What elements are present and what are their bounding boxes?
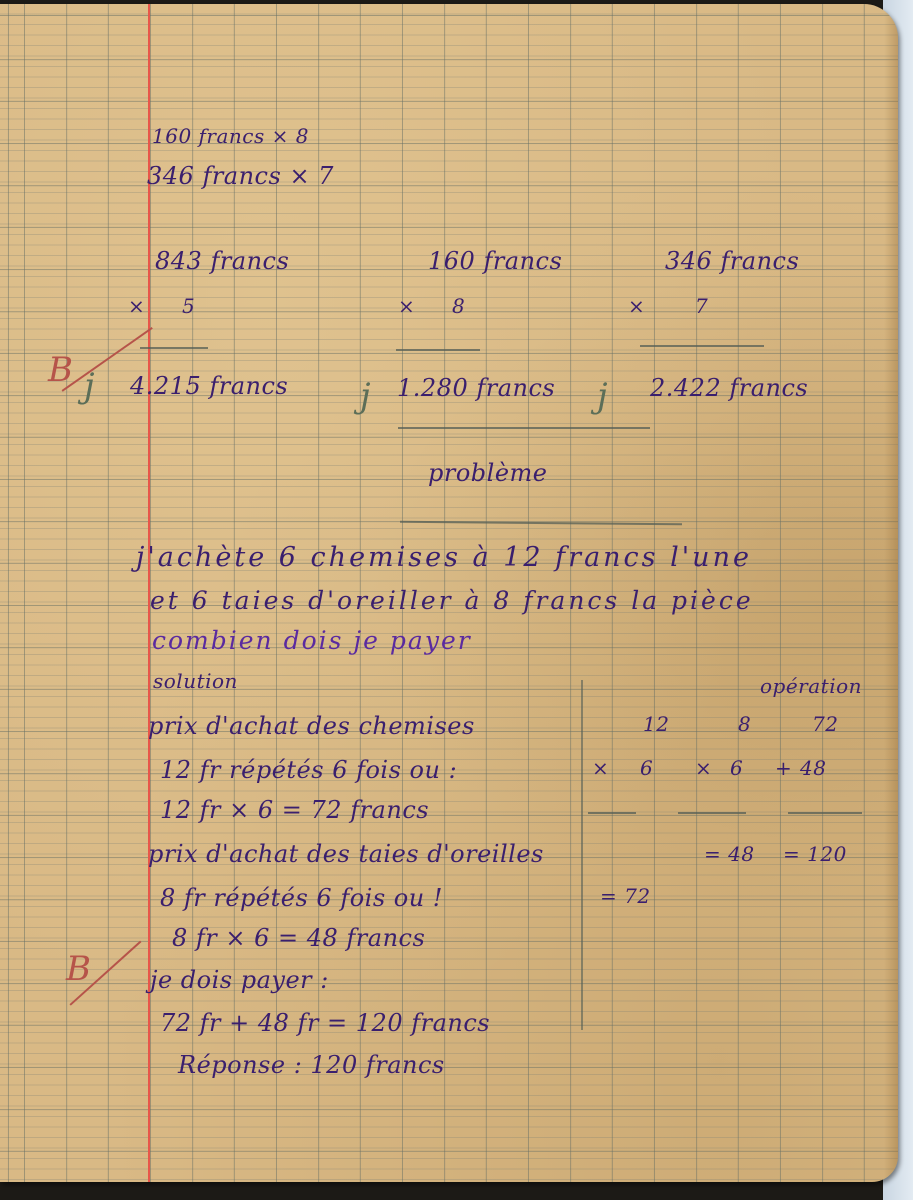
solution-line-5: 8 fr répétés 6 fois ou !	[160, 884, 443, 912]
operations-heading: opération	[760, 674, 862, 698]
col1-operator: ×	[128, 294, 145, 318]
prompt-line-2: 346 francs × 7	[147, 162, 334, 190]
solution-line-8: 72 fr + 48 fr = 120 francs	[160, 1009, 490, 1037]
col3-result: 2.422 francs	[650, 374, 808, 402]
op2-result: = 48	[704, 842, 755, 866]
notebook-page: 160 francs × 8 346 francs × 7 843 francs…	[0, 4, 898, 1182]
prompt-line-1: 160 francs × 8	[152, 124, 309, 148]
solution-line-3: 12 fr × 6 = 72 francs	[160, 796, 429, 824]
col3-pencil-mark: j	[597, 376, 608, 416]
op2-operator: ×	[695, 756, 712, 780]
problem-statement-line-1: j'achète 6 chemises à 12 francs l'une	[136, 542, 752, 573]
op2-top: 8	[738, 712, 751, 736]
col3-operator: ×	[628, 294, 645, 318]
col1-underline	[140, 347, 208, 349]
op3-bottom: 48	[800, 756, 826, 780]
problem-statement-line-2: et 6 taies d'oreiller à 8 francs la pièc…	[150, 586, 754, 615]
op3-operator: +	[775, 756, 792, 780]
col3-underline	[640, 345, 764, 347]
page-edge-shadow	[884, 4, 898, 1182]
problem-title: problème	[428, 459, 548, 487]
problem-statement-line-3: combien dois je payer	[152, 626, 472, 655]
operations-divider	[581, 680, 583, 1030]
solution-line-2: 12 fr répétés 6 fois ou :	[160, 756, 457, 784]
col1-multiplier: 5	[182, 294, 195, 318]
col3-multiplier: 7	[695, 294, 708, 318]
op1-underline	[588, 812, 636, 814]
op2-bottom: 6	[730, 756, 743, 780]
op1-bottom: 6	[640, 756, 653, 780]
solution-line-1: prix d'achat des chemises	[148, 712, 475, 740]
op3-result: = 120	[783, 842, 847, 866]
op1-result: = 72	[600, 884, 651, 908]
op1-operator: ×	[592, 756, 609, 780]
col1-result: 4.215 francs	[130, 372, 288, 400]
col2-multiplicand: 160 francs	[428, 247, 562, 275]
teacher-grade-mark-2: B	[66, 949, 91, 989]
col3-multiplicand: 346 francs	[665, 247, 799, 275]
op2-underline	[678, 812, 746, 814]
op1-top: 12	[643, 712, 669, 736]
op3-underline	[788, 812, 862, 814]
solution-line-7: je dois payer :	[150, 966, 329, 994]
col2-multiplier: 8	[452, 294, 465, 318]
solution-line-4: prix d'achat des taies d'oreilles	[148, 840, 544, 868]
exercise-separator	[398, 427, 650, 429]
solution-line-6: 8 fr × 6 = 48 francs	[172, 924, 425, 952]
col2-operator: ×	[398, 294, 415, 318]
solution-answer: Réponse : 120 francs	[178, 1051, 445, 1079]
solution-heading: solution	[153, 669, 238, 693]
col2-pencil-mark: j	[360, 376, 371, 416]
teacher-grade-mark-1: B	[48, 350, 73, 390]
col2-underline	[396, 349, 480, 351]
op3-top: 72	[812, 712, 838, 736]
col1-multiplicand: 843 francs	[155, 247, 289, 275]
col2-result: 1.280 francs	[397, 374, 555, 402]
